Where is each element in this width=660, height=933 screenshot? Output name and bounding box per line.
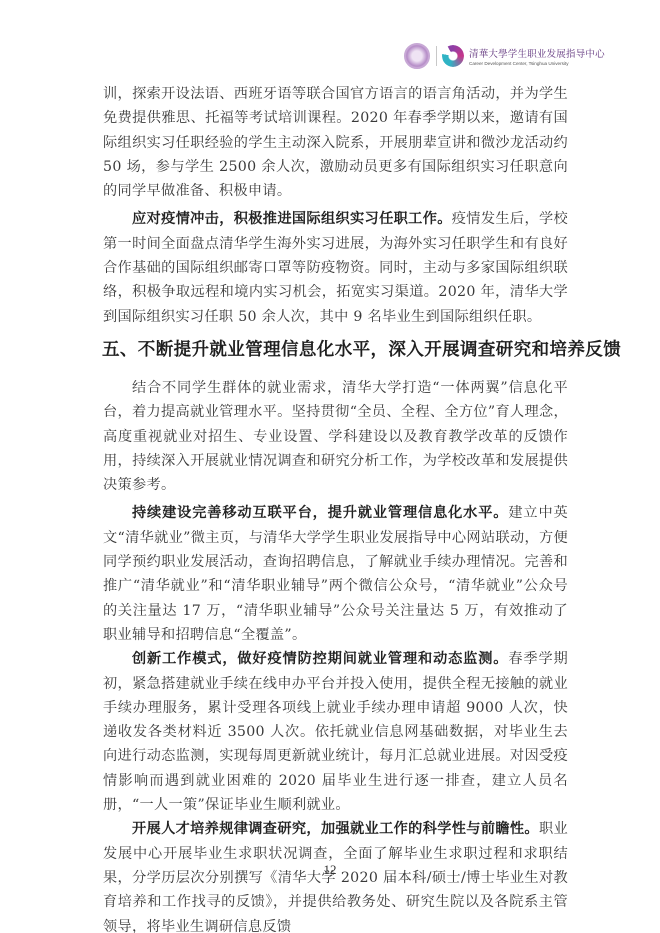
university-seal-icon <box>404 43 430 69</box>
career-center-logo-icon <box>442 45 464 67</box>
header-divider <box>436 46 437 66</box>
paragraph-lead: 应对疫情冲击，积极推进国际组织实习任职工作。 <box>132 211 452 227</box>
page-number: 12 <box>0 862 660 878</box>
document-body: 训，探索开设法语、西班牙语等联合国官方语言的语言角活动，并为学生免费提供雅思、托… <box>103 82 568 933</box>
paragraph-text: 训，探索开设法语、西班牙语等联合国官方语言的语言角活动，并为学生免费提供雅思、托… <box>103 86 568 199</box>
paragraph-lead: 创新工作模式，做好疫情防控期间就业管理和动态监测。 <box>132 651 508 667</box>
paragraph-lead: 持续建设完善移动互联平台，提升就业管理信息化水平。 <box>132 505 508 521</box>
paragraph-text: 疫情发生后，学校第一时间全面盘点清华学生海外实习进展，为海外实习任职学生和有良好… <box>103 211 568 324</box>
section-heading: 五、不断提升就业管理信息化水平，深入开展调查研究和培养反馈 <box>102 338 568 362</box>
brand-text: 清華大學学生职业发展指导中心 Career Development Center… <box>469 46 605 66</box>
paragraph-mobile-platform: 持续建设完善移动互联平台，提升就业管理信息化水平。建立中英文“清华就业”微主页，… <box>103 501 568 647</box>
paragraph-lead: 开展人才培养规律调查研究，加强就业工作的科学性与前瞻性。 <box>132 821 539 837</box>
paragraph-epidemic-monitoring: 创新工作模式，做好疫情防控期间就业管理和动态监测。春季学期初，紧急搭建就业手续在… <box>103 647 568 817</box>
brand-name-cn: 清華大學学生职业发展指导中心 <box>469 46 605 60</box>
brand-name-en: Career Development Center, Tsinghua Univ… <box>469 61 605 66</box>
paragraph-section-intro: 结合不同学生群体的就业需求，清华大学打造“一体两翼”信息化平台，着力提高就业管理… <box>103 376 568 497</box>
paragraph-international-internships: 应对疫情冲击，积极推进国际组织实习任职工作。疫情发生后，学校第一时间全面盘点清华… <box>103 207 568 328</box>
page-header: 清華大學学生职业发展指导中心 Career Development Center… <box>404 38 605 74</box>
paragraph-text: 春季学期初，紧急搭建就业手续在线申办平台并投入使用，提供全程无接触的就业手续办理… <box>103 651 568 813</box>
paragraph-text: 建立中英文“清华就业”微主页，与清华大学学生职业发展指导中心网站联动，方便同学预… <box>103 505 568 642</box>
paragraph-continued: 训，探索开设法语、西班牙语等联合国官方语言的语言角活动，并为学生免费提供雅思、托… <box>103 82 568 203</box>
paragraph-text: 结合不同学生群体的就业需求，清华大学打造“一体两翼”信息化平台，着力提高就业管理… <box>103 380 568 493</box>
